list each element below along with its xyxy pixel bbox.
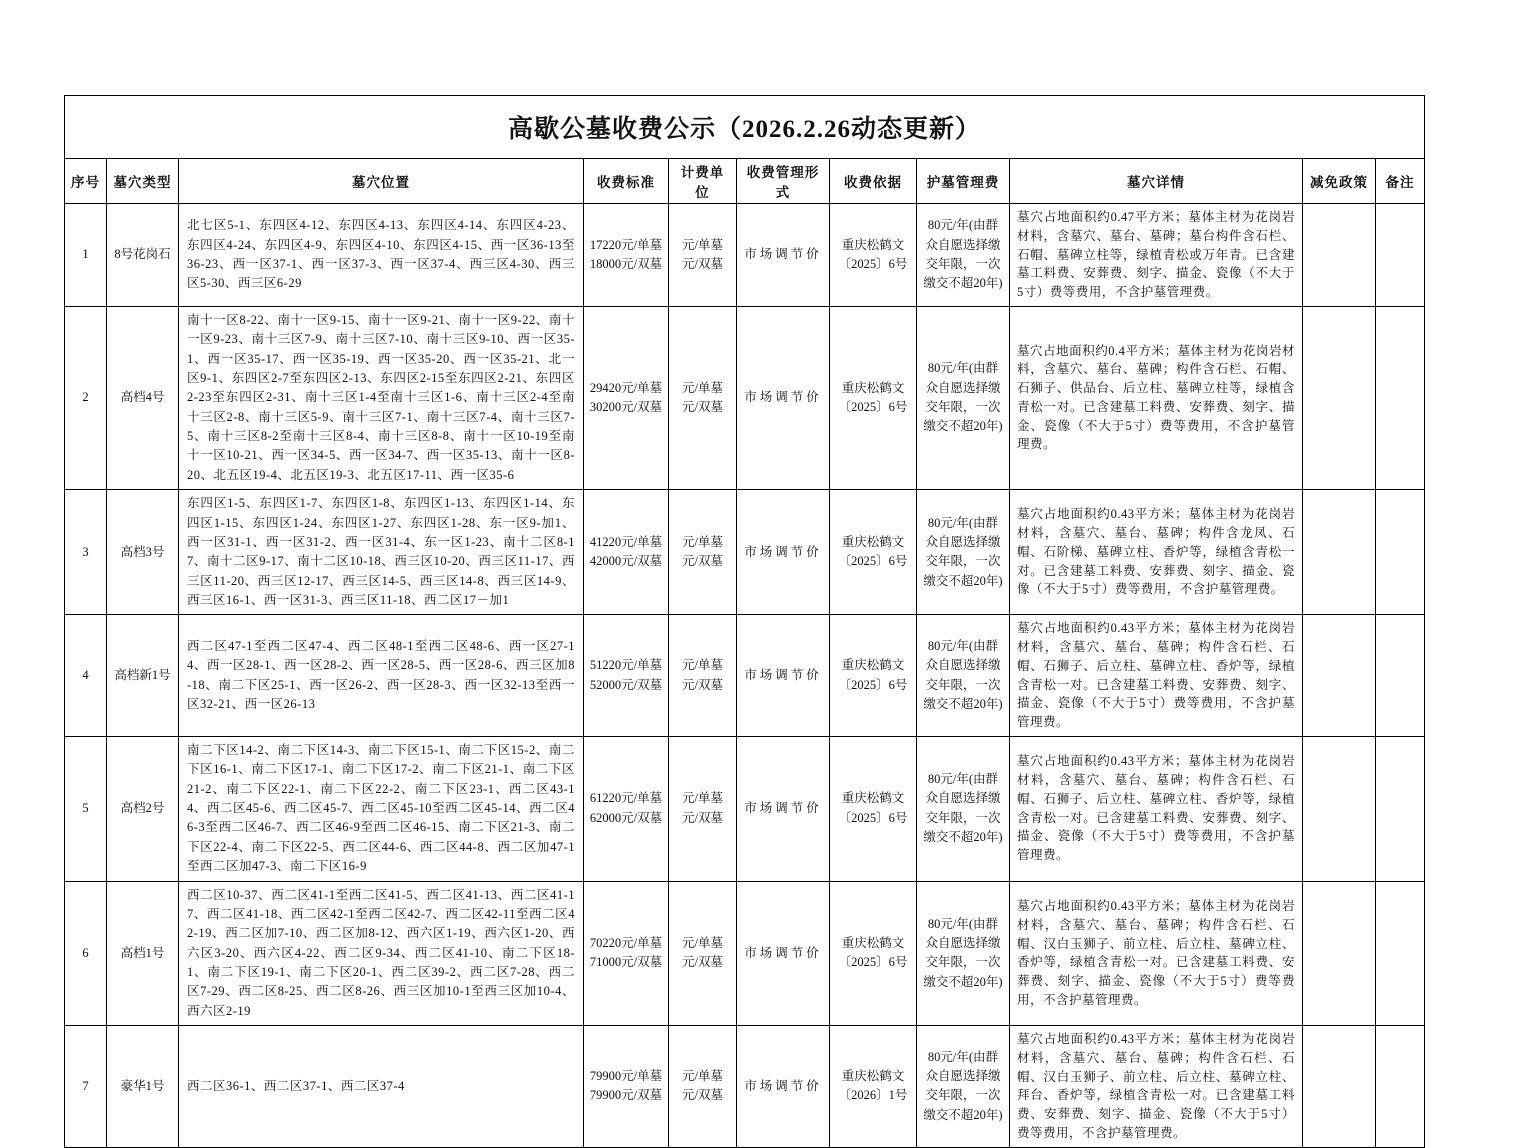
cell-care-fee: 80元/年(由群众自愿选择缴交年限，一次缴交不超20年) [917, 1026, 1010, 1148]
price-single: 70220元/单墓 [589, 934, 663, 953]
cell-care-fee: 80元/年(由群众自愿选择缴交年限，一次缴交不超20年) [917, 306, 1010, 489]
price-double: 52000元/双墓 [589, 676, 663, 695]
page-title: 高歇公墓收费公示（2026.2.26动态更新） [65, 96, 1425, 159]
cell-mgmt-form: 市场调节价 [737, 615, 830, 737]
cell-type: 高档2号 [107, 736, 179, 881]
document-page: 高歇公墓收费公示（2026.2.26动态更新） 序号 墓穴类型 墓穴位置 收费标… [0, 0, 1520, 1074]
cell-unit: 元/单墓 元/双墓 [669, 1026, 737, 1148]
cell-note [1376, 881, 1425, 1026]
cell-price: 51220元/单墓 52000元/双墓 [584, 615, 669, 737]
cell-note [1376, 736, 1425, 881]
unit-single: 元/单墓 [674, 934, 731, 953]
cell-basis: 重庆松鹤文〔2025〕6号 [830, 204, 917, 307]
cell-mgmt-form: 市场调节价 [737, 490, 830, 615]
cell-basis: 重庆松鹤文〔2025〕6号 [830, 306, 917, 489]
cell-details: 墓穴占地面积约0.43平方米；墓体主材为花岗岩材料，含墓穴、墓台、墓碑；构件含石… [1010, 615, 1303, 737]
fee-table: 高歇公墓收费公示（2026.2.26动态更新） 序号 墓穴类型 墓穴位置 收费标… [64, 95, 1425, 1148]
price-double: 79900元/双墓 [589, 1086, 663, 1105]
unit-single: 元/单墓 [674, 656, 731, 675]
cell-basis: 重庆松鹤文〔2025〕6号 [830, 881, 917, 1026]
cell-policy [1303, 1026, 1376, 1148]
cell-unit: 元/单墓 元/双墓 [669, 736, 737, 881]
cell-care-fee: 80元/年(由群众自愿选择缴交年限，一次缴交不超20年) [917, 490, 1010, 615]
cell-type: 8号花岗石 [107, 204, 179, 307]
cell-policy [1303, 204, 1376, 307]
cell-policy [1303, 736, 1376, 881]
cell-type: 高档新1号 [107, 615, 179, 737]
cell-basis: 重庆松鹤文〔2025〕6号 [830, 615, 917, 737]
header-details: 墓穴详情 [1010, 159, 1303, 204]
cell-no: 4 [65, 615, 107, 737]
table-row: 4 高档新1号 西二区47-1至西二区47-4、西二区48-1至西二区48-6、… [65, 615, 1425, 737]
cell-mgmt-form: 市场调节价 [737, 1026, 830, 1148]
cell-note [1376, 306, 1425, 489]
price-single: 17220元/单墓 [589, 236, 663, 255]
cell-care-fee: 80元/年(由群众自愿选择缴交年限，一次缴交不超20年) [917, 881, 1010, 1026]
cell-price: 79900元/单墓 79900元/双墓 [584, 1026, 669, 1148]
header-care-fee: 护墓管理费 [917, 159, 1010, 204]
cell-policy [1303, 306, 1376, 489]
header-unit: 计费单位 [669, 159, 737, 204]
cell-price: 61220元/单墓 62000元/双墓 [584, 736, 669, 881]
cell-care-fee: 80元/年(由群众自愿选择缴交年限，一次缴交不超20年) [917, 204, 1010, 307]
unit-single: 元/单墓 [674, 789, 731, 808]
table-header-row: 序号 墓穴类型 墓穴位置 收费标准 计费单位 收费管理形式 收费依据 护墓管理费… [65, 159, 1425, 204]
cell-location: 南二下区14-2、南二下区14-3、南二下区15-1、南二下区15-2、南二下区… [179, 736, 584, 881]
table-row: 7 豪华1号 西二区36-1、西二区37-1、西二区37-4 79900元/单墓… [65, 1026, 1425, 1148]
unit-double: 元/双墓 [674, 676, 731, 695]
price-single: 41220元/单墓 [589, 533, 663, 552]
cell-mgmt-form: 市场调节价 [737, 306, 830, 489]
cell-policy [1303, 881, 1376, 1026]
unit-double: 元/双墓 [674, 255, 731, 274]
cell-details: 墓穴占地面积约0.43平方米；墓体主材为花岗岩材料，含墓穴、墓台、墓碑；构件含石… [1010, 1026, 1303, 1148]
cell-policy [1303, 615, 1376, 737]
cell-price: 41220元/单墓 42000元/双墓 [584, 490, 669, 615]
unit-double: 元/双墓 [674, 398, 731, 417]
cell-type: 高档4号 [107, 306, 179, 489]
table-row: 5 高档2号 南二下区14-2、南二下区14-3、南二下区15-1、南二下区15… [65, 736, 1425, 881]
price-single: 79900元/单墓 [589, 1067, 663, 1086]
cell-basis: 重庆松鹤文〔2025〕6号 [830, 490, 917, 615]
unit-double: 元/双墓 [674, 552, 731, 571]
unit-single: 元/单墓 [674, 236, 731, 255]
price-double: 18000元/双墓 [589, 255, 663, 274]
cell-care-fee: 80元/年(由群众自愿选择缴交年限，一次缴交不超20年) [917, 615, 1010, 737]
cell-details: 墓穴占地面积约0.43平方米；墓体主材为花岗岩材料，含墓穴、墓台、墓碑；构件含石… [1010, 736, 1303, 881]
table-row: 6 高档1号 西二区10-37、西二区41-1至西二区41-5、西二区41-13… [65, 881, 1425, 1026]
cell-mgmt-form: 市场调节价 [737, 736, 830, 881]
cell-basis: 重庆松鹤文〔2025〕6号 [830, 736, 917, 881]
price-double: 71000元/双墓 [589, 953, 663, 972]
cell-location: 南十一区8-22、南十一区9-15、南十一区9-21、南十一区9-22、南十一区… [179, 306, 584, 489]
cell-details: 墓穴占地面积约0.43平方米；墓体主材为花岗岩材料，含墓穴、墓台、墓碑；构件含石… [1010, 881, 1303, 1026]
unit-single: 元/单墓 [674, 533, 731, 552]
cell-unit: 元/单墓 元/双墓 [669, 306, 737, 489]
cell-location: 东四区1-5、东四区1-7、东四区1-8、东四区1-13、东四区1-14、东四区… [179, 490, 584, 615]
cell-location: 西二区10-37、西二区41-1至西二区41-5、西二区41-13、西二区41-… [179, 881, 584, 1026]
table-row: 2 高档4号 南十一区8-22、南十一区9-15、南十一区9-21、南十一区9-… [65, 306, 1425, 489]
unit-double: 元/双墓 [674, 809, 731, 828]
header-price: 收费标准 [584, 159, 669, 204]
cell-location: 西二区47-1至西二区47-4、西二区48-1至西二区48-6、西一区27-14… [179, 615, 584, 737]
cell-details: 墓穴占地面积约0.43平方米；墓体主材为花岗岩材料，含墓穴、墓台、墓碑；构件含龙… [1010, 490, 1303, 615]
header-no: 序号 [65, 159, 107, 204]
cell-basis: 重庆松鹤文〔2026〕1号 [830, 1026, 917, 1148]
cell-note [1376, 1026, 1425, 1148]
cell-no: 5 [65, 736, 107, 881]
table-row: 3 高档3号 东四区1-5、东四区1-7、东四区1-8、东四区1-13、东四区1… [65, 490, 1425, 615]
cell-details: 墓穴占地面积约0.47平方米；墓体主材为花岗岩材料，含墓穴、墓台、墓碑；墓台构件… [1010, 204, 1303, 307]
cell-unit: 元/单墓 元/双墓 [669, 490, 737, 615]
cell-note [1376, 490, 1425, 615]
header-type: 墓穴类型 [107, 159, 179, 204]
price-double: 62000元/双墓 [589, 809, 663, 828]
cell-no: 1 [65, 204, 107, 307]
header-mgmt: 收费管理形式 [737, 159, 830, 204]
table-title-row: 高歇公墓收费公示（2026.2.26动态更新） [65, 96, 1425, 159]
cell-note [1376, 204, 1425, 307]
cell-price: 17220元/单墓 18000元/双墓 [584, 204, 669, 307]
header-basis: 收费依据 [830, 159, 917, 204]
cell-price: 29420元/单墓 30200元/双墓 [584, 306, 669, 489]
cell-unit: 元/单墓 元/双墓 [669, 881, 737, 1026]
cell-unit: 元/单墓 元/双墓 [669, 204, 737, 307]
price-single: 51220元/单墓 [589, 656, 663, 675]
table-row: 1 8号花岗石 北七区5-1、东四区4-12、东四区4-13、东四区4-14、东… [65, 204, 1425, 307]
cell-no: 6 [65, 881, 107, 1026]
cell-location: 西二区36-1、西二区37-1、西二区37-4 [179, 1026, 584, 1148]
header-policy: 减免政策 [1303, 159, 1376, 204]
cell-type: 高档1号 [107, 881, 179, 1026]
price-single: 61220元/单墓 [589, 789, 663, 808]
cell-type: 高档3号 [107, 490, 179, 615]
cell-care-fee: 80元/年(由群众自愿选择缴交年限，一次缴交不超20年) [917, 736, 1010, 881]
price-single: 29420元/单墓 [589, 379, 663, 398]
cell-price: 70220元/单墓 71000元/双墓 [584, 881, 669, 1026]
cell-no: 7 [65, 1026, 107, 1148]
cell-location: 北七区5-1、东四区4-12、东四区4-13、东四区4-14、东四区4-23、东… [179, 204, 584, 307]
unit-single: 元/单墓 [674, 379, 731, 398]
cell-mgmt-form: 市场调节价 [737, 204, 830, 307]
header-note: 备注 [1376, 159, 1425, 204]
cell-unit: 元/单墓 元/双墓 [669, 615, 737, 737]
cell-note [1376, 615, 1425, 737]
header-location: 墓穴位置 [179, 159, 584, 204]
price-double: 42000元/双墓 [589, 552, 663, 571]
cell-details: 墓穴占地面积约0.4平方米；墓体主材为花岗岩材料，含墓穴、墓台、墓碑；构件含石栏… [1010, 306, 1303, 489]
cell-no: 2 [65, 306, 107, 489]
unit-double: 元/双墓 [674, 1086, 731, 1105]
price-double: 30200元/双墓 [589, 398, 663, 417]
cell-type: 豪华1号 [107, 1026, 179, 1148]
unit-single: 元/单墓 [674, 1067, 731, 1086]
unit-double: 元/双墓 [674, 953, 731, 972]
cell-policy [1303, 490, 1376, 615]
cell-no: 3 [65, 490, 107, 615]
cell-mgmt-form: 市场调节价 [737, 881, 830, 1026]
